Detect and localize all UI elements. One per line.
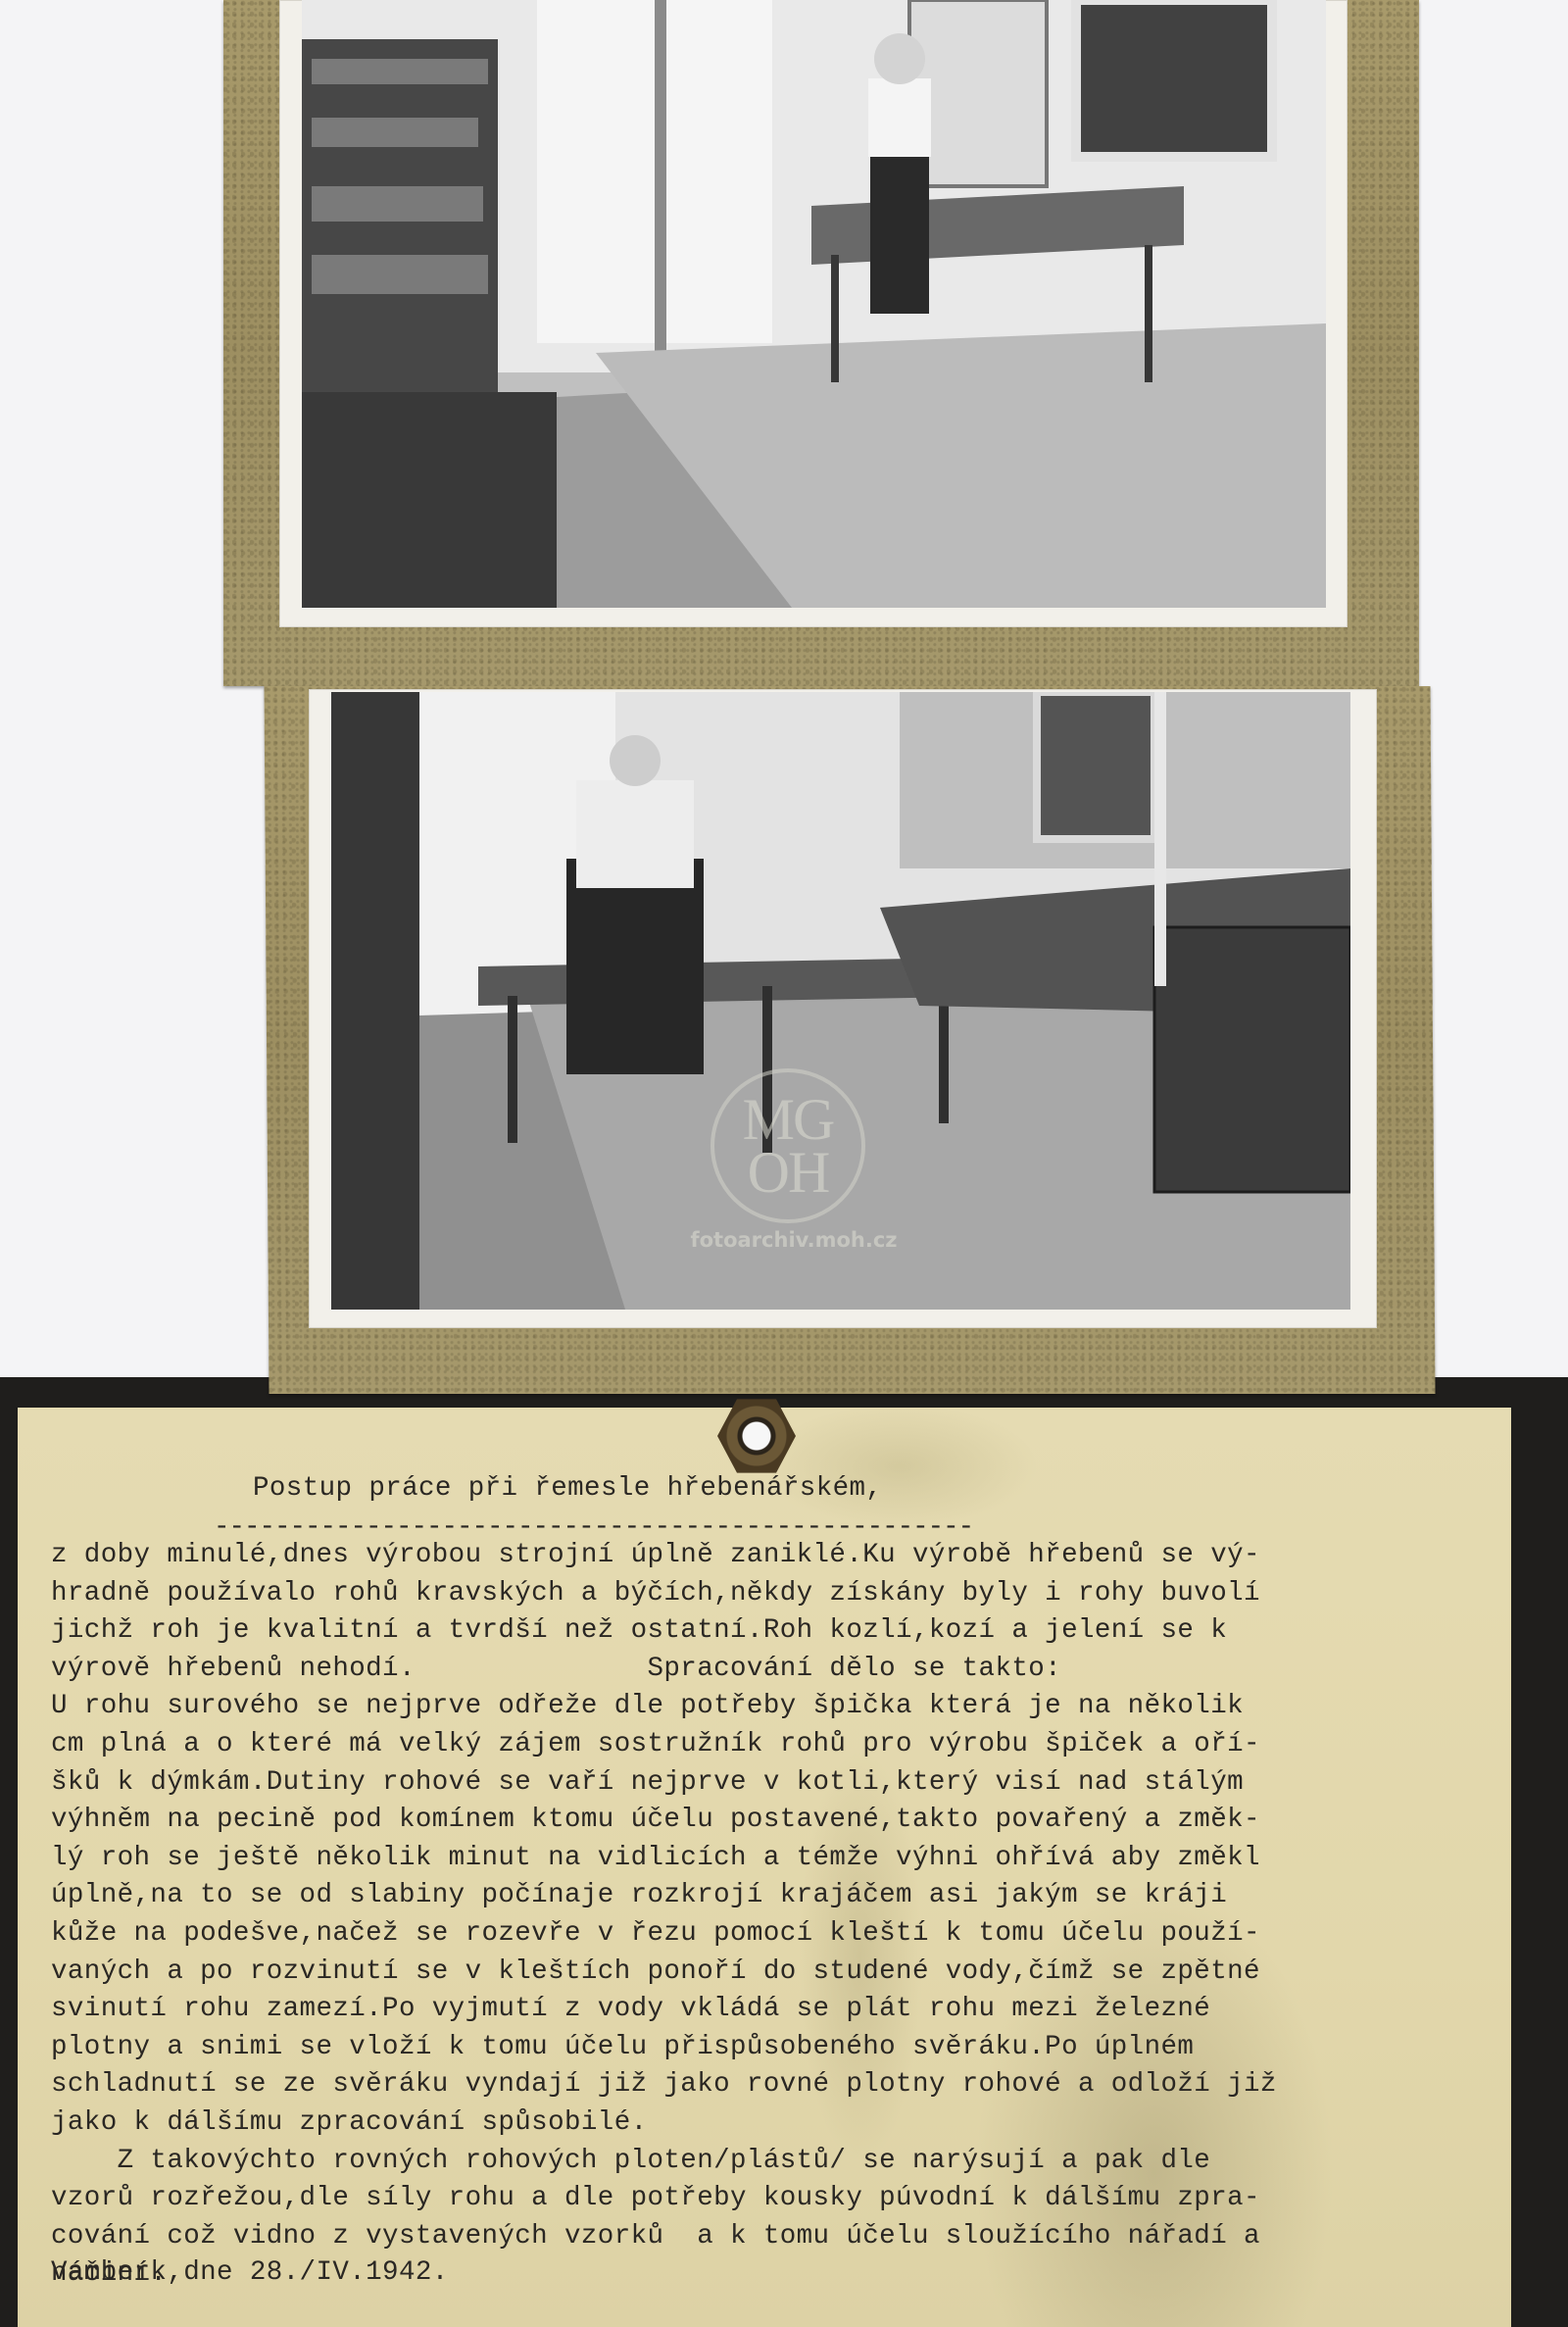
- label-place-date: Vamberk,dne 28./IV.1942.: [51, 2254, 449, 2293]
- label-line: vzorů rozřežou,dle síly rohu a dle potře…: [51, 2180, 1277, 2218]
- label-line: U rohu surového se nejprve odřeže dle po…: [51, 1688, 1277, 1726]
- label-line: plotny a snimi se vloží k tomu účelu při…: [51, 2029, 1277, 2067]
- label-line: z doby minulé,dnes výrobou strojní úplně…: [51, 1537, 1277, 1575]
- watermark-logo: MG OH: [710, 1068, 865, 1223]
- label-line: hradně používalo rohů kravských a býčích…: [51, 1575, 1277, 1613]
- label-line: cování což vidno z vystavených vzorků a …: [51, 2218, 1277, 2256]
- photo-bottom-craftsman-seated: [331, 692, 1350, 1310]
- label-line: jichž roh je kvalitní a tvrdší než ostat…: [51, 1612, 1277, 1651]
- label-line: výrově hřebenů nehodí. Spracování dělo s…: [51, 1651, 1277, 1689]
- label-body: z doby minulé,dnes výrobou strojní úplně…: [51, 1537, 1277, 2294]
- label-line: úplně,na to se od slabiny počínaje rozkr…: [51, 1877, 1277, 1915]
- label-line: Z takovýchto rovných rohových ploten/plá…: [51, 2143, 1277, 2181]
- photo-top-craftsman-standing: [302, 0, 1326, 608]
- label-line: vaných a po rozvinutí se v kleštích pono…: [51, 1954, 1277, 1992]
- label-title: Postup práce při řemesle hřebenářském,: [253, 1470, 882, 1509]
- label-line: šků k dýmkám.Dutiny rohové se vaří nejpr…: [51, 1764, 1277, 1803]
- label-line: jako k dálšímu zpracování spůsobilé.: [51, 2104, 1277, 2143]
- label-line: cm plná a o které má velký zájem sostruž…: [51, 1726, 1277, 1764]
- watermark-url: fotoarchiv.moh.cz: [666, 1228, 921, 1252]
- watermark-monogram-bottom: OH: [748, 1146, 829, 1199]
- label-line: lý roh se ještě několik minut na vidlicí…: [51, 1840, 1277, 1878]
- watermark-monogram-top: MG: [743, 1093, 834, 1146]
- label-line: kůže na podešve,načež se rozevře v řezu …: [51, 1915, 1277, 1954]
- label-line: výhněm na pecině pod komínem ktomu účelu…: [51, 1802, 1277, 1840]
- label-line: schladnutí se ze svěráku vyndají již jak…: [51, 2066, 1277, 2104]
- label-line: svinutí rohu zamezí.Po vyjmutí z vody vk…: [51, 1991, 1277, 2029]
